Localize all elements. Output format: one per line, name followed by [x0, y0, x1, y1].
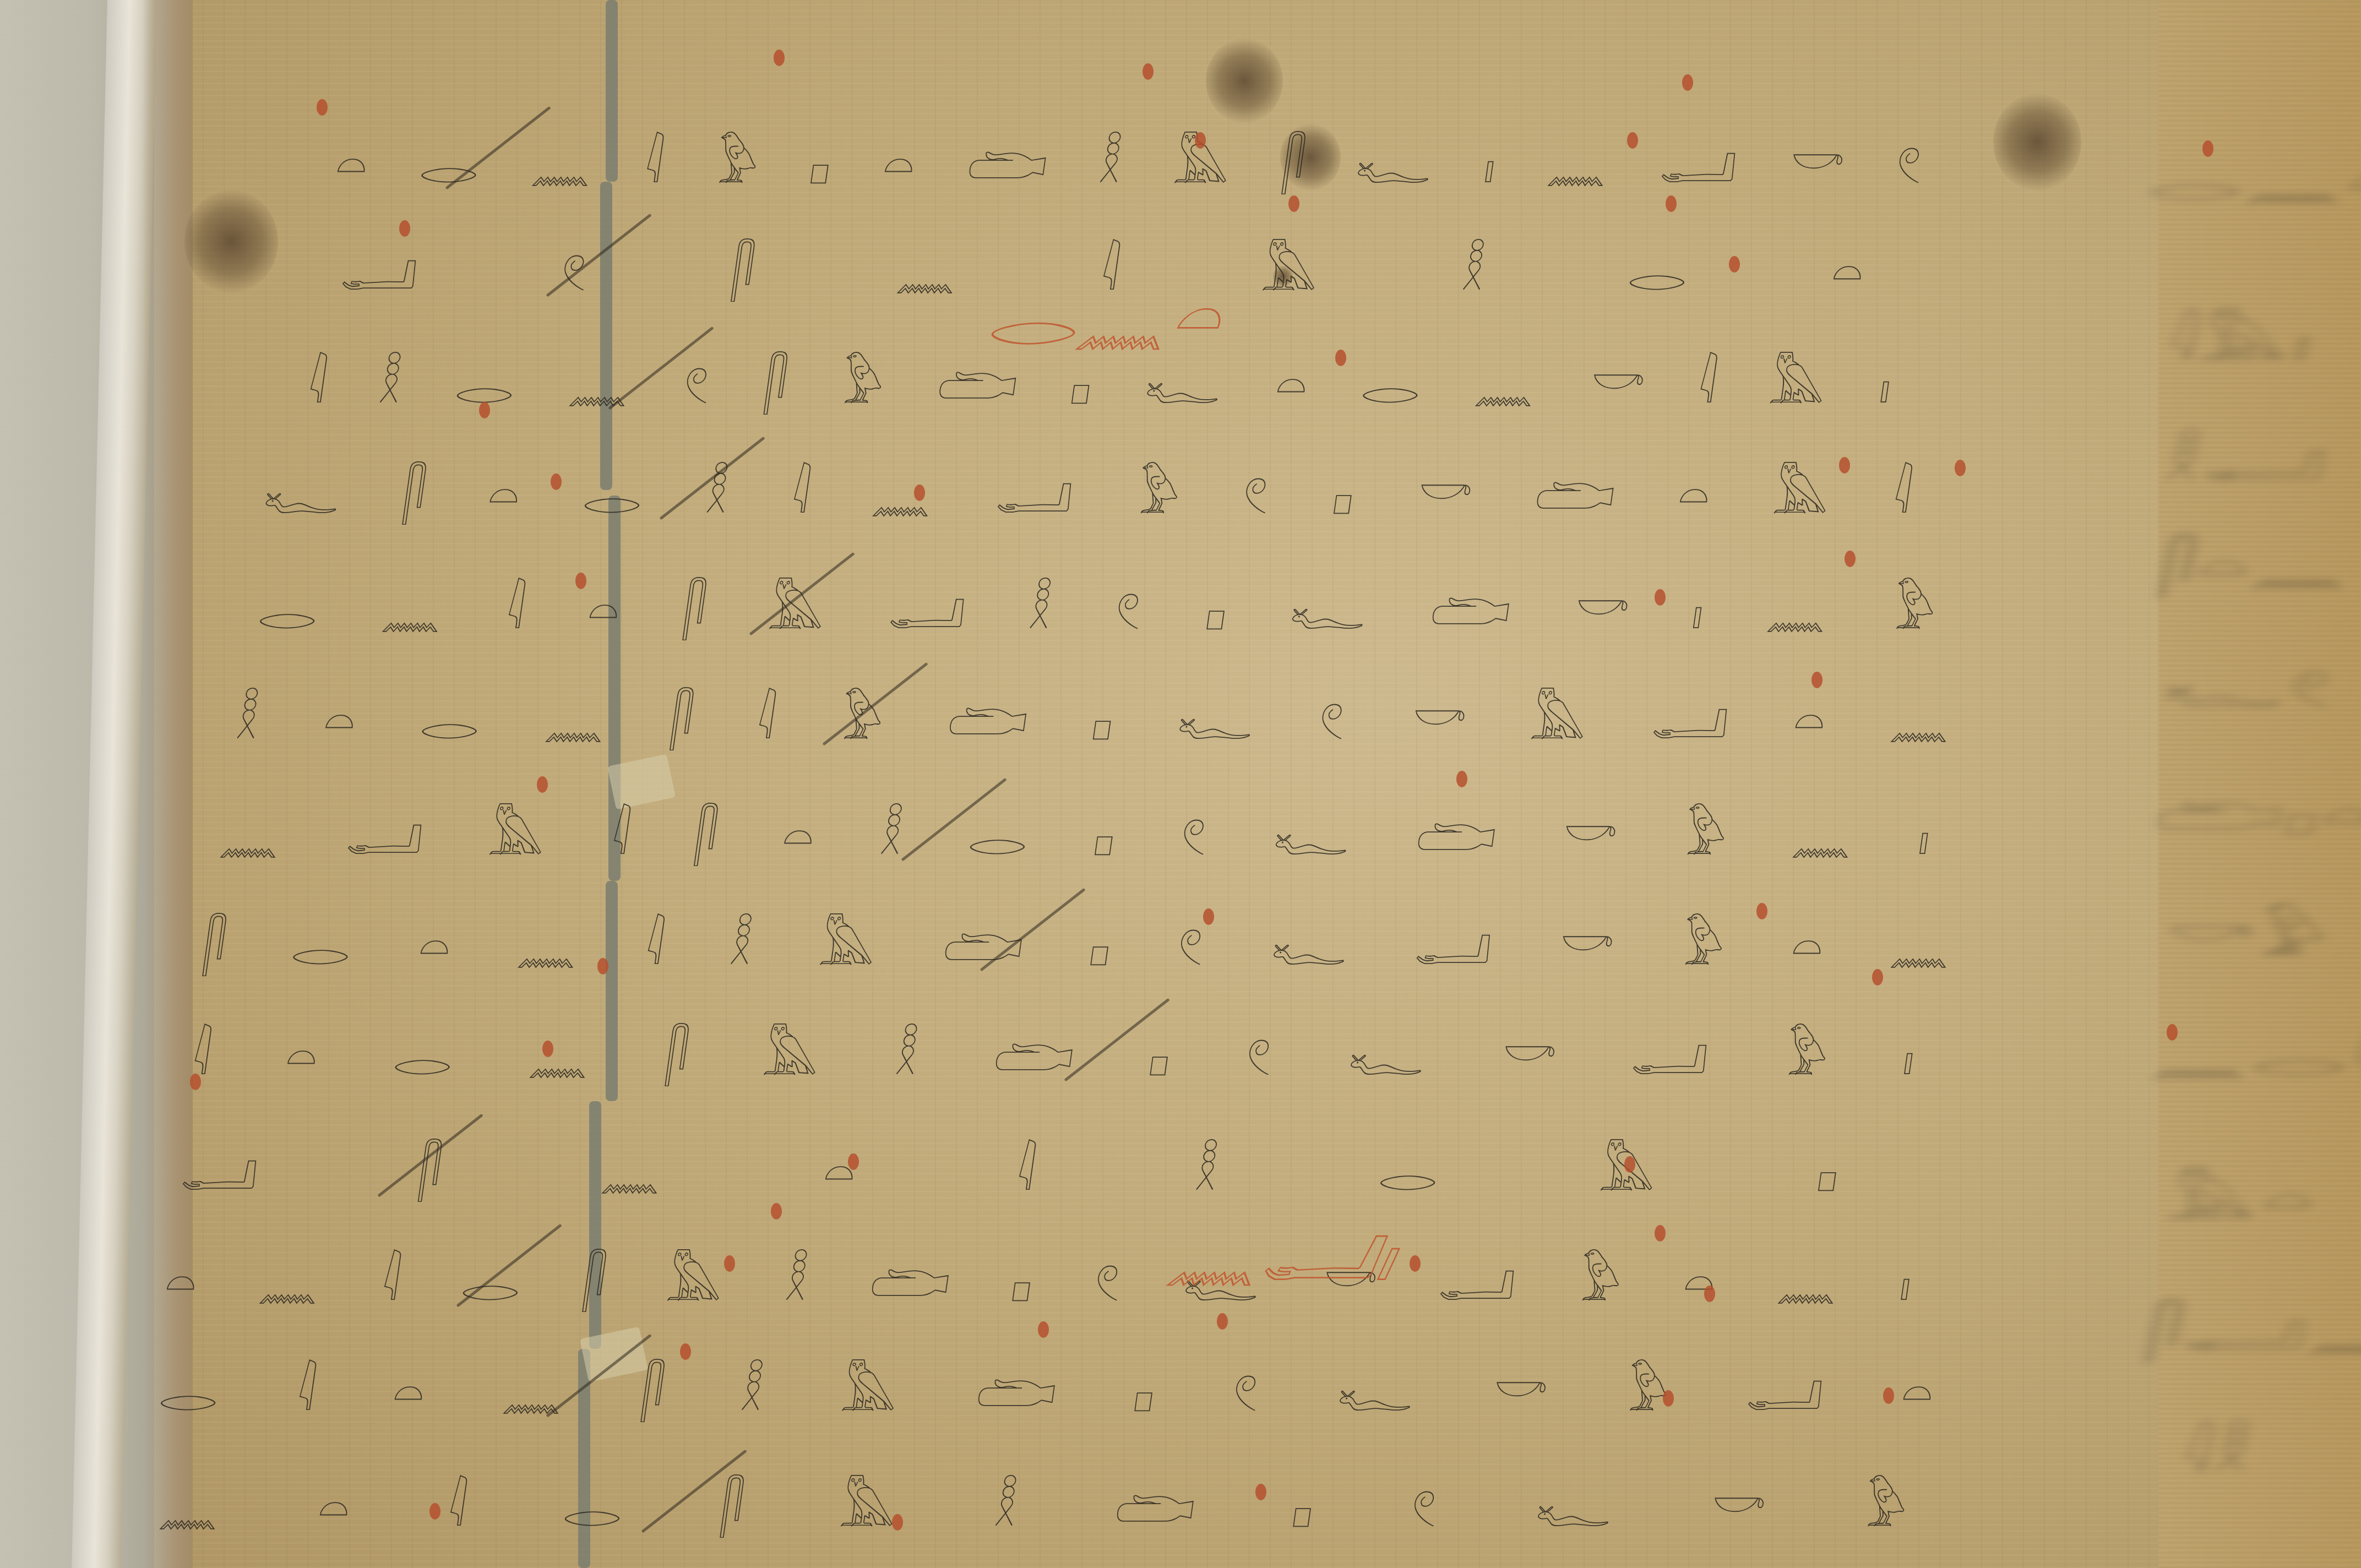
- hieratic-text-blurred: 𓂋𓈖𓏏: [2144, 157, 2361, 208]
- red-verse-point: [1038, 1321, 1049, 1338]
- red-verse-point: [892, 1514, 903, 1531]
- red-verse-point: [771, 1203, 782, 1219]
- hieratic-text: 𓂋𓇋𓏏𓈖𓋴𓎛𓅓𓂧𓊪𓏲𓆑𓎡𓅱𓂝𓏏: [156, 1368, 2016, 1418]
- hieratic-text-blurred: 𓇋𓅓𓏤: [2164, 317, 2321, 367]
- hieratic-text-blurred: 𓎛𓂝: [2161, 438, 2337, 488]
- red-verse-point: [1456, 771, 1467, 787]
- red-verse-point: [429, 1503, 440, 1520]
- red-verse-point: [2202, 140, 2213, 157]
- hieratic-text-blurred: 𓆑𓏲: [2159, 663, 2342, 714]
- red-rubric: 𓈖𓂝𓏤: [1159, 1178, 1411, 1305]
- red-verse-point: [1704, 1286, 1715, 1302]
- text-line: 𓇋𓏏𓂋𓈖𓋴𓅓𓎛𓂧𓊪𓏲𓆑𓎡𓂝𓅱𓏤: [193, 1027, 2120, 1087]
- red-verse-point: [479, 402, 490, 418]
- text-line: 𓂋𓇋𓏏𓈖𓋴𓎛𓅓𓂧𓊪𓏲𓆑𓎡𓅱𓂝𓏏: [160, 1363, 2120, 1423]
- red-verse-point: [399, 220, 410, 237]
- text-line: 𓇋𓎛𓂋𓈖𓏲𓋴𓅱𓂧𓊪𓆑𓏏𓂋𓈖𓎡𓇋𓅓𓏤: [308, 355, 2120, 416]
- text-line: 𓏏𓂋𓈖𓇋𓅱𓊪𓏏𓂧𓎛𓅓𓋴𓆑𓏤𓈖𓂝𓎡𓏲: [336, 135, 2120, 195]
- hieratic-text: 𓂋𓈖𓇋𓏏𓋴𓅓𓂝𓎛𓏲𓊪𓆑𓂧𓎡𓏤𓈖𓅱: [255, 586, 2003, 636]
- red-verse-point: [1666, 195, 1677, 212]
- red-verse-point: [190, 1074, 201, 1090]
- text-line: 𓂋𓈖𓇋𓏏𓋴𓅓𓂝𓎛𓏲𓊪𓆑𓂧𓎡𓏤𓈖𓅱: [259, 581, 2120, 641]
- hieratic-text-blurred: 𓎡𓅱: [2161, 911, 2336, 962]
- red-verse-point: [1203, 908, 1214, 925]
- red-verse-point: [597, 958, 608, 974]
- red-verse-point: [848, 1153, 859, 1170]
- hieratic-text: 𓎛𓏏𓂋𓈖𓋴𓇋𓅱𓂧𓊪𓆑𓏲𓎡𓅓𓂝𓏏𓈖: [233, 696, 2020, 747]
- text-line: 𓈖𓏏𓇋𓂋𓋴𓅓𓎛𓂧𓊪𓏲𓆑𓎡𓅱: [160, 1478, 2120, 1539]
- red-verse-point: [1255, 1484, 1266, 1500]
- red-verse-point: [1955, 460, 1966, 476]
- red-verse-point: [551, 473, 562, 490]
- red-verse-point: [1883, 1387, 1894, 1404]
- red-verse-point: [1839, 457, 1850, 473]
- red-verse-point: [1624, 1156, 1635, 1173]
- hieratic-text-blurred: 𓈖𓂋𓇋: [2148, 1032, 2361, 1083]
- red-verse-point: [1756, 903, 1767, 919]
- text-line: 𓎛𓏏𓂋𓈖𓋴𓇋𓅱𓂧𓊪𓆑𓏲𓎡𓅓𓂝𓏏𓈖: [237, 691, 2120, 752]
- hieratic-text: 𓆑𓋴𓏏𓂋𓎛𓇋𓈖𓂝𓅱𓏲𓊪𓎡𓂧𓏏𓅓𓇋: [261, 470, 1978, 521]
- text-line: 𓋴𓂋𓏏𓈖𓇋𓎛𓅓𓂧𓊪𓏲𓆑𓂝𓎡𓅱𓏏𓈖: [204, 917, 2120, 977]
- text-line: 𓂝𓋴𓈖𓏏𓇋𓎛𓂋𓅓𓊪: [182, 1142, 2120, 1203]
- red-verse-point: [2167, 1024, 2178, 1041]
- hieratic-text: 𓋴𓂋𓏏𓈖𓇋𓎛𓅓𓂧𓊪𓏲𓆑𓂝𓎡𓅱𓏏𓈖: [200, 922, 2022, 972]
- red-verse-point: [1655, 1225, 1666, 1242]
- red-verse-point: [1217, 1313, 1228, 1330]
- red-verse-point: [1811, 672, 1823, 688]
- red-verse-point: [1335, 350, 1346, 366]
- red-verse-point: [1872, 969, 1883, 986]
- red-verse-point: [680, 1343, 691, 1360]
- hieratic-text-blurred: 𓇋𓎛: [2178, 1429, 2260, 1479]
- papyrus-sheet: [182, 0, 2361, 1568]
- red-verse-point: [914, 484, 925, 501]
- red-verse-point: [1410, 1255, 1421, 1272]
- hieratic-text-blurred: 𓋴𓏏𓈖: [2155, 542, 2359, 593]
- red-verse-point: [1627, 132, 1638, 149]
- red-verse-point: [317, 99, 328, 116]
- red-verse-point: [1143, 63, 1154, 80]
- red-verse-point: [542, 1041, 553, 1057]
- crack-segment: [600, 182, 612, 490]
- red-verse-point: [1655, 589, 1666, 606]
- ink-stain: [1206, 39, 1283, 123]
- red-verse-point: [537, 776, 548, 793]
- red-verse-point: [774, 50, 785, 66]
- red-verse-point: [724, 1255, 735, 1272]
- red-verse-point: [1845, 551, 1856, 567]
- red-verse-point: [1663, 1390, 1674, 1407]
- hieratic-text: 𓏏𓈖𓇋𓂋𓋴𓅓𓎛𓂧𓊪𓏲𓆑𓎡𓂝𓅱𓏏𓈖𓏤: [162, 1257, 1977, 1308]
- text-line: 𓆑𓋴𓏏𓂋𓎛𓇋𓈖𓂝𓅱𓏲𓊪𓎡𓂧𓏏𓅓𓇋: [264, 465, 2120, 526]
- hieratic-text-blurred: 𓂧𓊪𓏏: [2150, 790, 2361, 841]
- text-line: 𓈖𓂝𓅓𓇋𓋴𓏏𓎛𓂋𓊪𓏲𓆑𓂧𓎡𓅱𓈖𓏤: [220, 807, 2120, 867]
- ink-stain: [184, 190, 278, 293]
- red-verse-point: [1729, 256, 1740, 273]
- red-verse-point: [1682, 74, 1693, 91]
- hieratic-text: 𓈖𓂝𓅓𓇋𓋴𓏏𓎛𓂋𓊪𓏲𓆑𓂧𓎡𓅱𓈖𓏤: [217, 812, 2000, 862]
- hieratic-text-blurred: 𓋴𓂝𓈖: [2142, 1308, 2361, 1358]
- red-rubric: 𓂋𓈖𓏏: [977, 242, 1236, 369]
- hieratic-text-blurred: 𓅓𓏏: [2163, 1175, 2324, 1226]
- hieratic-text: 𓏏𓂋𓈖𓇋𓅱𓊪𓏏𓂧𓎛𓅓𓋴𓆑𓏤𓈖𓂝𓎡𓏲: [333, 140, 1979, 190]
- red-verse-point: [1195, 132, 1206, 149]
- red-verse-point: [1288, 195, 1299, 212]
- red-verse-point: [575, 573, 586, 589]
- hieratic-text: 𓂝𓋴𓈖𓏏𓇋𓎛𓂋𓅓𓊪: [178, 1147, 2004, 1198]
